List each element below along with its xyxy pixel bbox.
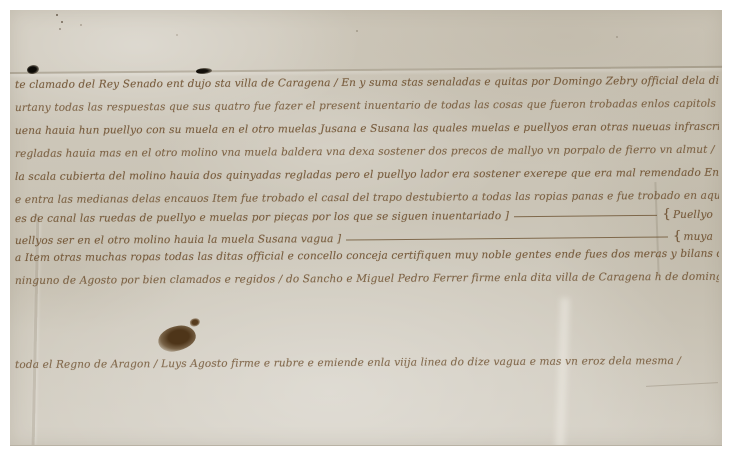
filler-rule-line [514,215,657,217]
manuscript-text-line-7: es de canal las ruedas de puellyo e muel… [15,207,719,226]
manuscript-text-line-1: te clamado del Rey Senado ent dujo sta v… [15,74,719,93]
manuscript-photo: te clamado del Rey Senado ent dujo sta v… [10,10,722,446]
manuscript-text: uellyos ser en el otro molino hauia la m… [15,232,341,248]
margin-note: muya [683,229,719,243]
page-background: te clamado del Rey Senado ent dujo sta v… [0,0,731,454]
brace-mark: { [662,207,671,221]
manuscript-text-line-8: uellyos ser en el otro molino hauia la m… [15,229,719,248]
light-streak [555,298,569,446]
wormhole-mark-center [196,67,212,74]
manuscript-text-line-6: e entra las medianas delas encauos Item … [15,189,719,208]
ink-specks [56,14,58,16]
vertical-fold-crease-left [32,215,40,445]
faint-scratch-mark [646,382,718,387]
manuscript-text: es de canal las ruedas de puellyo e muel… [15,208,509,225]
manuscript-addendum-line: toda el Regno de Aragon / Luys Agosto fi… [15,354,719,373]
manuscript-text-line-5: la scala cubierta del molino hauia dos q… [15,166,719,185]
brace-mark: { [673,229,682,243]
ink-blot-stain [156,323,197,353]
manuscript-text-line-2: urtany todas las respuestas que sus quat… [15,97,719,116]
margin-note: Puellyo [673,207,719,221]
manuscript-text-line-3: uena hauia hun puellyo con su muela en e… [15,120,719,139]
filler-rule-line [346,236,668,240]
manuscript-text-line-10: ninguno de Agosto por bien clamados e re… [15,270,719,289]
manuscript-text-line-9: a Item otras muchas ropas todas las dita… [15,247,719,266]
horizontal-fold-crease [10,66,722,74]
manuscript-text-line-4: regladas hauia mas en el otro molino vna… [15,143,719,162]
